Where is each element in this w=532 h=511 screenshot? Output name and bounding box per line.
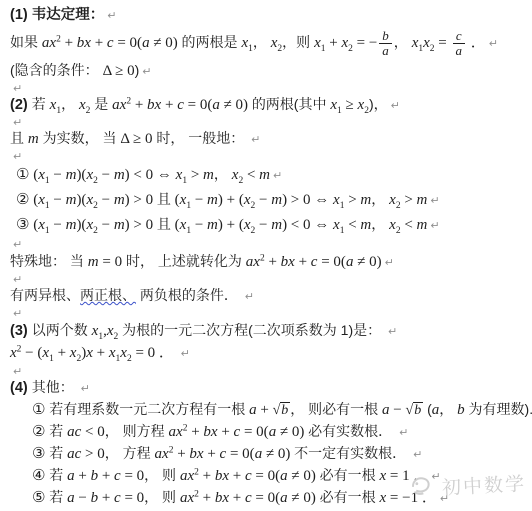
paragraph-mark-icon: ↵ bbox=[391, 99, 400, 112]
body-text: )， bbox=[369, 96, 388, 112]
body-text: ， bbox=[394, 34, 412, 50]
section4-item-5: ⑤ 若 a − b + c = 0， 则 ax2 + bx + c = 0(a … bbox=[10, 486, 532, 508]
math-text: ． bbox=[467, 35, 486, 51]
body-text: 以两个数 bbox=[32, 322, 92, 338]
math-text: − bbox=[50, 167, 66, 183]
math-text: x bbox=[109, 345, 116, 361]
math-text: ax bbox=[169, 424, 183, 440]
math-text: c bbox=[245, 490, 252, 506]
section4-item-2: ② 若 ac < 0， 则方程 ax2 + bx + c = 0(a ≠ 0) … bbox=[10, 420, 532, 442]
math-text: + bbox=[295, 254, 311, 270]
math-text: c bbox=[114, 468, 121, 484]
section-heading-text: (2) bbox=[10, 97, 32, 113]
section2-case-3: ③ (x1 − m)(x2 − m) > 0 且 (x1 − m) + (x2 … bbox=[10, 212, 532, 237]
math-text: = 0( bbox=[240, 424, 268, 440]
paragraph-mark-icon: ↵ bbox=[251, 133, 260, 146]
body-text: 的两根是 bbox=[182, 34, 242, 50]
blank-line: ↵ bbox=[10, 237, 532, 250]
body-text: 时， 上述就转化为 bbox=[122, 253, 246, 269]
math-text: m bbox=[114, 217, 125, 233]
math-text: ① ( bbox=[16, 167, 38, 183]
math-text: + bbox=[161, 97, 177, 113]
math-text: > bbox=[187, 167, 203, 183]
math-text: ( bbox=[171, 192, 180, 208]
body-text: ， 则方程 bbox=[105, 423, 169, 439]
math-text: > 0 bbox=[81, 446, 104, 462]
math-text: − bbox=[50, 192, 66, 208]
math-text: m bbox=[360, 192, 371, 208]
math-text: m bbox=[360, 217, 371, 233]
math-text: ac bbox=[67, 424, 81, 440]
math-text: = 0( bbox=[252, 468, 280, 484]
body-text: 两负根的条件． bbox=[136, 287, 242, 303]
math-text: < 0 bbox=[81, 424, 104, 440]
spellcheck-flagged-text: 两正根、 bbox=[80, 287, 136, 303]
math-text: ≠ 0) bbox=[353, 254, 381, 270]
math-text: m bbox=[417, 192, 428, 208]
math-text: = 0( bbox=[226, 446, 254, 462]
math-text: ) + ( bbox=[218, 217, 244, 233]
body-text: ， 则 bbox=[144, 489, 180, 505]
math-text: a bbox=[280, 490, 288, 506]
body-text: ， bbox=[371, 191, 389, 207]
math-text: = 0( bbox=[184, 97, 212, 113]
section-heading-text: (1) 韦达定理： bbox=[10, 7, 104, 23]
section4-item-4: ④ 若 a + b + c = 0， 则 ax2 + bx + c = 0(a … bbox=[10, 464, 532, 486]
section3-equation: x2 − (x1 + x2)x + x1x2 = 0 ． ↵ bbox=[10, 341, 532, 364]
section2-intro: (2) 若 x1， x2 是 ax2 + bx + c = 0(a ≠ 0) 的… bbox=[10, 94, 532, 115]
body-text: ， bbox=[253, 34, 271, 50]
math-text: + bbox=[229, 490, 245, 506]
math-text: ax bbox=[42, 35, 56, 51]
math-text: m bbox=[114, 167, 125, 183]
math-text: bx bbox=[147, 97, 161, 113]
math-text: m bbox=[66, 192, 77, 208]
section1-title: (1) 韦达定理：↵ bbox=[10, 4, 532, 24]
body-text: 且 bbox=[10, 130, 28, 146]
body-text: ， 则必有一根 bbox=[290, 401, 382, 417]
document-body: (1) 韦达定理：↵如果 ax2 + bx + c = 0(a ≠ 0) 的两根… bbox=[10, 4, 532, 508]
section3-title: (3) 以两个数 x1,x2 为根的一元二次方程(二次项系数为 1)是： ↵ bbox=[10, 319, 532, 341]
math-text: ) > 0 ⇔ bbox=[282, 192, 333, 208]
math-text: bx bbox=[215, 468, 229, 484]
math-text: ax bbox=[180, 490, 194, 506]
math-text: b bbox=[457, 402, 465, 418]
body-text: ( bbox=[423, 401, 432, 417]
paragraph-mark-icon: ↵ bbox=[388, 325, 397, 338]
section1-condition: (隐含的条件： Δ ≥ 0)↵ bbox=[10, 60, 532, 81]
math-text: < bbox=[344, 217, 360, 233]
math-text: m bbox=[28, 131, 39, 147]
fraction: ca bbox=[453, 29, 466, 57]
math-text: x bbox=[423, 35, 430, 51]
math-text: + bbox=[54, 345, 70, 361]
math-text: x bbox=[333, 217, 340, 233]
math-text: x bbox=[38, 167, 45, 183]
paragraph-mark-icon: ↵ bbox=[489, 37, 498, 50]
math-text: a bbox=[382, 402, 390, 418]
math-text: m bbox=[271, 217, 282, 233]
math-text: x bbox=[314, 35, 321, 51]
blank-line: ↵ bbox=[10, 149, 532, 162]
math-text: = 0( bbox=[252, 490, 280, 506]
paragraph-mark-icon: ↵ bbox=[81, 382, 90, 395]
math-text: m bbox=[203, 167, 214, 183]
body-text: 若 bbox=[49, 489, 67, 505]
fraction-numerator: c bbox=[453, 29, 466, 44]
paragraph-mark-icon: ↵ bbox=[430, 219, 439, 232]
math-text: m bbox=[114, 192, 125, 208]
math-text: ≠ 0) bbox=[288, 468, 320, 484]
math-text: + bbox=[131, 97, 147, 113]
math-text: + bbox=[187, 424, 203, 440]
body-text: 为根的一元二次方程(二次项系数为 1)是： bbox=[118, 322, 385, 338]
fraction-denominator: a bbox=[379, 44, 392, 58]
math-text: x bbox=[120, 345, 127, 361]
math-text: x bbox=[38, 192, 45, 208]
math-text: a bbox=[142, 35, 150, 51]
math-text: + bbox=[265, 254, 281, 270]
blank-line: ↵ bbox=[10, 272, 532, 285]
math-text: bx bbox=[189, 446, 203, 462]
paragraph-mark-icon: ↵ bbox=[440, 492, 449, 505]
paragraph-mark-icon: ↵ bbox=[107, 9, 116, 22]
math-text: = 0 ． bbox=[132, 345, 178, 361]
math-text: ≥ bbox=[342, 97, 358, 113]
math-text: m bbox=[417, 217, 428, 233]
paragraph-mark-icon: ↵ bbox=[245, 290, 254, 303]
section-heading-text: (3) bbox=[10, 323, 32, 339]
body-text: 若 bbox=[32, 96, 50, 112]
math-text: < bbox=[401, 217, 417, 233]
math-text: + bbox=[75, 468, 91, 484]
math-text: bx bbox=[203, 424, 217, 440]
math-text: = 0( bbox=[114, 35, 142, 51]
math-text: m bbox=[207, 217, 218, 233]
math-text: ④ bbox=[32, 468, 49, 484]
math-text: ) < 0 ⇔ bbox=[125, 167, 176, 183]
math-text: a bbox=[249, 402, 257, 418]
math-text: − bbox=[255, 192, 271, 208]
math-text: + bbox=[61, 35, 77, 51]
math-text: ① bbox=[32, 402, 49, 418]
math-text: < bbox=[243, 167, 259, 183]
paragraph-mark-icon: ↵ bbox=[399, 426, 408, 439]
math-text: ax bbox=[180, 468, 194, 484]
body-text: (隐含的条件： bbox=[10, 62, 103, 78]
body-text: 为实数， 当 bbox=[39, 130, 121, 146]
math-text: = bbox=[435, 35, 451, 51]
math-text: ② ( bbox=[16, 192, 38, 208]
body-text: 是 bbox=[90, 96, 112, 112]
math-text: − bbox=[75, 490, 91, 506]
body-text: ， 方程 bbox=[105, 445, 155, 461]
section2-special-case: 特殊地： 当 m = 0 时， 上述就转化为 ax2 + bx + c = 0(… bbox=[10, 250, 532, 272]
paragraph-mark-icon: ↵ bbox=[430, 194, 439, 207]
math-text: m bbox=[259, 167, 270, 183]
math-text: ) + ( bbox=[218, 192, 244, 208]
math-text: a bbox=[280, 468, 288, 484]
body-text: 时， 一般地： bbox=[152, 130, 248, 146]
body-text: 必有实数根． bbox=[308, 423, 396, 439]
body-text: 的两根(其中 bbox=[252, 96, 331, 112]
math-text: + bbox=[204, 446, 220, 462]
sqrt-expression: √b bbox=[273, 401, 291, 417]
math-text: ≠ 0) bbox=[220, 97, 252, 113]
body-text: 若 bbox=[49, 467, 67, 483]
body-text: 且 bbox=[157, 191, 171, 207]
math-text: ax bbox=[155, 446, 169, 462]
math-text: + bbox=[229, 468, 245, 484]
math-text: ) > 0 bbox=[125, 217, 157, 233]
math-text: ≠ 0) bbox=[150, 35, 182, 51]
math-text: a bbox=[67, 468, 75, 484]
paragraph-mark-icon: ↵ bbox=[413, 448, 422, 461]
math-text: ⑤ bbox=[32, 490, 49, 506]
math-text: c bbox=[177, 97, 184, 113]
math-text: > bbox=[344, 192, 360, 208]
math-text: ≠ 0) bbox=[276, 424, 308, 440]
document-page: (1) 韦达定理：↵如果 ax2 + bx + c = 0(a ≠ 0) 的两根… bbox=[0, 0, 532, 511]
math-text: x bbox=[333, 192, 340, 208]
math-text: Δ ≥ 0 bbox=[103, 63, 135, 79]
math-text: + bbox=[98, 468, 114, 484]
fraction-denominator: a bbox=[453, 44, 466, 58]
math-text: = − bbox=[353, 35, 377, 51]
blank-line: ↵ bbox=[10, 306, 532, 319]
math-text: ③ ( bbox=[16, 217, 38, 233]
math-text: m bbox=[207, 192, 218, 208]
math-text: − bbox=[191, 217, 207, 233]
math-text: ac bbox=[67, 446, 81, 462]
sqrt-expression: √b bbox=[406, 401, 424, 417]
math-text: a bbox=[67, 490, 75, 506]
paragraph-mark-icon: ↵ bbox=[431, 470, 440, 483]
math-text: x bbox=[86, 345, 93, 361]
math-text: m bbox=[271, 192, 282, 208]
math-text: ③ bbox=[32, 446, 49, 462]
math-text: m bbox=[66, 217, 77, 233]
math-text: + bbox=[199, 490, 215, 506]
section2-condition: 且 m 为实数， 当 Δ ≥ 0 时， 一般地： ↵ bbox=[10, 128, 532, 149]
math-text: x bbox=[389, 192, 396, 208]
body-text: ，则 bbox=[282, 34, 314, 50]
math-text: bx bbox=[281, 254, 295, 270]
section-heading-text: (4) bbox=[10, 380, 32, 396]
math-text: − bbox=[255, 217, 271, 233]
math-text: > bbox=[401, 192, 417, 208]
blank-line: ↵ bbox=[10, 81, 532, 94]
math-text: c bbox=[107, 35, 114, 51]
body-text: 不一定有实数根． bbox=[294, 445, 410, 461]
math-text: ② bbox=[32, 424, 49, 440]
math-text: c bbox=[114, 490, 121, 506]
math-text: bx bbox=[77, 35, 91, 51]
body-text: 若 bbox=[49, 445, 67, 461]
math-text: )( bbox=[76, 217, 86, 233]
radicand: b bbox=[280, 402, 290, 418]
math-text: − bbox=[98, 217, 114, 233]
math-text: x bbox=[389, 217, 396, 233]
section2-case-2: ② (x1 − m)(x2 − m) > 0 且 (x1 − m) + (x2 … bbox=[10, 187, 532, 212]
math-text: c bbox=[245, 468, 252, 484]
math-text: + bbox=[93, 345, 109, 361]
body-text: ， bbox=[61, 96, 79, 112]
math-text: ) > 0 bbox=[125, 192, 157, 208]
math-text: − bbox=[98, 167, 114, 183]
math-text: = 0 bbox=[121, 490, 144, 506]
math-text: x bbox=[38, 217, 45, 233]
math-text: + bbox=[91, 35, 107, 51]
math-text: m bbox=[66, 167, 77, 183]
math-text: ≠ 0) bbox=[288, 490, 320, 506]
math-text: x bbox=[79, 97, 86, 113]
section2-case-1: ① (x1 − m)(x2 − m) < 0 ⇔ x1 > m， x2 < m↵ bbox=[10, 162, 532, 187]
math-text: + bbox=[98, 490, 114, 506]
math-text: = 0( bbox=[317, 254, 345, 270]
body-text: 为有理数). bbox=[465, 401, 532, 417]
body-text: ， bbox=[371, 216, 389, 232]
body-text: 且 bbox=[157, 216, 171, 232]
math-text: − bbox=[191, 192, 207, 208]
math-text: ) < 0 ⇔ bbox=[282, 217, 333, 233]
math-text: x bbox=[244, 217, 251, 233]
math-text: b bbox=[91, 490, 99, 506]
body-text: 若有理系数一元二次方程有一根 bbox=[49, 401, 249, 417]
body-text: 特殊地： 当 bbox=[10, 253, 88, 269]
section1-formula: 如果 ax2 + bx + c = 0(a ≠ 0) 的两根是 x1， x2，则… bbox=[10, 24, 532, 60]
radicand: b bbox=[413, 402, 423, 418]
paragraph-mark-icon: ↵ bbox=[385, 256, 394, 269]
math-text: )( bbox=[76, 192, 86, 208]
math-text: x bbox=[244, 192, 251, 208]
section4-title: (4) 其他： ↵ bbox=[10, 377, 532, 398]
fraction-numerator: b bbox=[379, 29, 392, 44]
math-text: bx bbox=[215, 490, 229, 506]
math-text: + bbox=[173, 446, 189, 462]
body-text: 如果 bbox=[10, 34, 42, 50]
math-text: + bbox=[257, 402, 273, 418]
math-text: = 0 bbox=[99, 254, 122, 270]
body-text: ， bbox=[214, 166, 232, 182]
math-text: − bbox=[98, 192, 114, 208]
body-text: ， bbox=[439, 401, 457, 417]
body-text: ， 则 bbox=[144, 467, 180, 483]
math-text: = −1 ． bbox=[386, 490, 437, 506]
math-text: − ( bbox=[21, 345, 42, 361]
math-text: − bbox=[390, 402, 406, 418]
section2-roots-condition: 有两异根、两正根、 两负根的条件． ↵ bbox=[10, 285, 532, 306]
math-text: = 1 ． bbox=[386, 468, 428, 484]
math-text: = 0 bbox=[121, 468, 144, 484]
math-text: ( bbox=[171, 217, 180, 233]
fraction: ba bbox=[379, 29, 392, 57]
paragraph-mark-icon: ↵ bbox=[273, 169, 282, 182]
math-text: x bbox=[10, 345, 17, 361]
blank-line: ↵ bbox=[10, 115, 532, 128]
math-text: − bbox=[50, 217, 66, 233]
math-text: ax bbox=[246, 254, 260, 270]
paragraph-mark-icon: ↵ bbox=[142, 65, 151, 78]
math-text: )( bbox=[76, 167, 86, 183]
body-text: 其他： bbox=[32, 379, 78, 395]
blank-line: ↵ bbox=[10, 364, 532, 377]
math-text: + bbox=[325, 35, 341, 51]
body-text: 有两异根、 bbox=[10, 287, 80, 303]
math-text: + bbox=[218, 424, 234, 440]
body-text: 必有一根 bbox=[320, 467, 380, 483]
body-text: ) bbox=[135, 62, 140, 78]
body-text: 必有一根 bbox=[320, 489, 380, 505]
section4-item-1: ① 若有理系数一元二次方程有一根 a + √b， 则必有一根 a − √b (a… bbox=[10, 398, 532, 420]
math-text: m bbox=[88, 254, 99, 270]
section4-item-3: ③ 若 ac > 0， 方程 ax2 + bx + c = 0(a ≠ 0) 不… bbox=[10, 442, 532, 464]
paragraph-mark-icon: ↵ bbox=[181, 347, 190, 360]
body-text: 若 bbox=[49, 423, 67, 439]
math-text: ≠ 0) bbox=[262, 446, 294, 462]
math-text: Δ ≥ 0 bbox=[120, 131, 152, 147]
math-text: + bbox=[199, 468, 215, 484]
math-text: b bbox=[91, 468, 99, 484]
math-text: ax bbox=[112, 97, 126, 113]
math-text: a bbox=[212, 97, 220, 113]
